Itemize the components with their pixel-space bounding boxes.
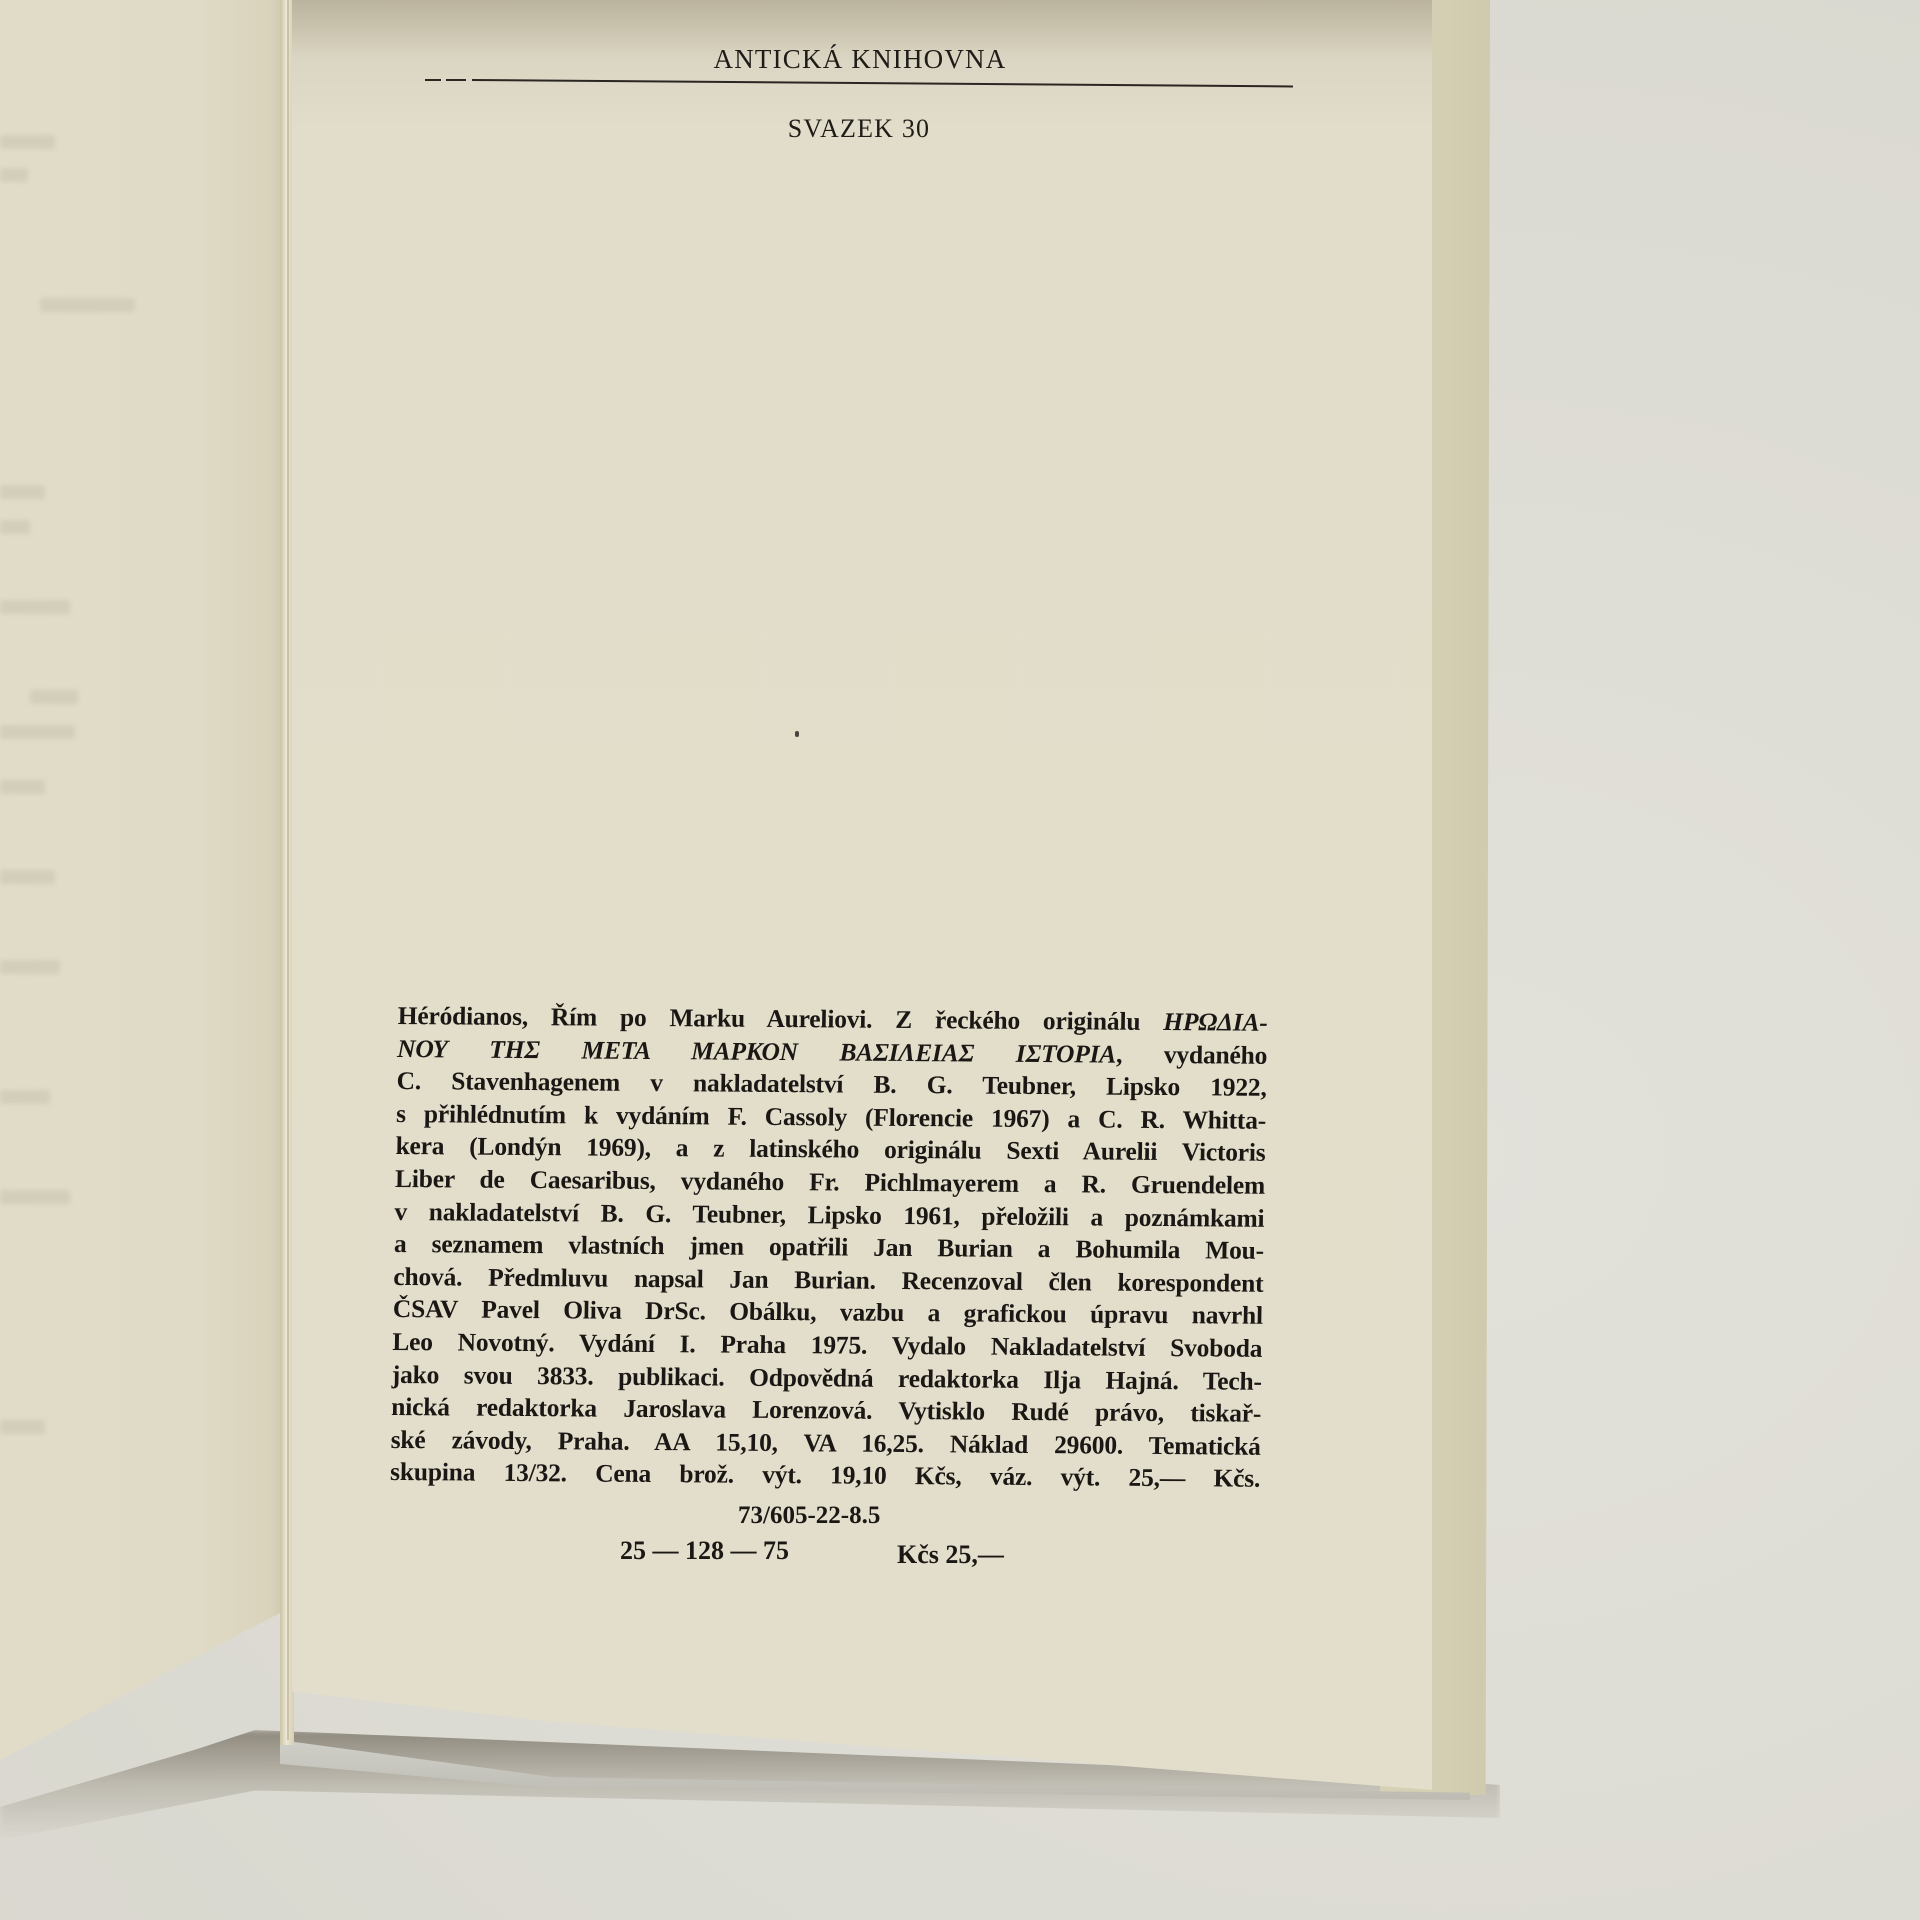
bleed-through-text [0, 870, 55, 884]
greek-title: ΗΡΩΔΙΑ- [1163, 1007, 1268, 1037]
bleed-through-text [0, 520, 30, 534]
bleed-through-text [0, 960, 60, 974]
greek-title: ΝΟΥ ΤΗΣ ΜΕΤΑ ΜΑΡΚΟΝ ΒΑΣΙΛΕΙΑΣ ΙΣΤΟΡΙΑ [397, 1034, 1116, 1069]
price-label: Kčs 25,— [897, 1540, 1004, 1570]
header-rule-dash [425, 79, 441, 81]
catalog-number: 73/605-22-8.5 [738, 1502, 880, 1530]
bleed-through-text [0, 1090, 50, 1104]
series-title: ANTICKÁ KNIHOVNA [0, 44, 1720, 75]
imprint-block: Héródianos, Řím po Marku Aureliovi. Z ře… [390, 1000, 1268, 1496]
bleed-through-text [0, 600, 70, 614]
header-rule-dash [446, 79, 466, 81]
publication-code: 25 — 128 — 75 [620, 1536, 789, 1566]
bleed-through-text [40, 298, 135, 312]
bleed-through-text [0, 485, 45, 499]
bleed-through-text [0, 1190, 70, 1204]
paper-speck [795, 731, 799, 737]
bleed-through-text [30, 690, 78, 704]
bleed-through-text [0, 1420, 45, 1434]
gutter-crease [287, 0, 289, 1740]
left-page [0, 0, 285, 1760]
bleed-through-text [0, 168, 28, 182]
volume-number: SVAZEK 30 [0, 114, 1718, 144]
bleed-through-text [0, 780, 45, 794]
imprint-line: skupina 13/32. Cena brož. výt. 19,10 Kčs… [390, 1456, 1261, 1495]
bleed-through-text [0, 725, 75, 739]
